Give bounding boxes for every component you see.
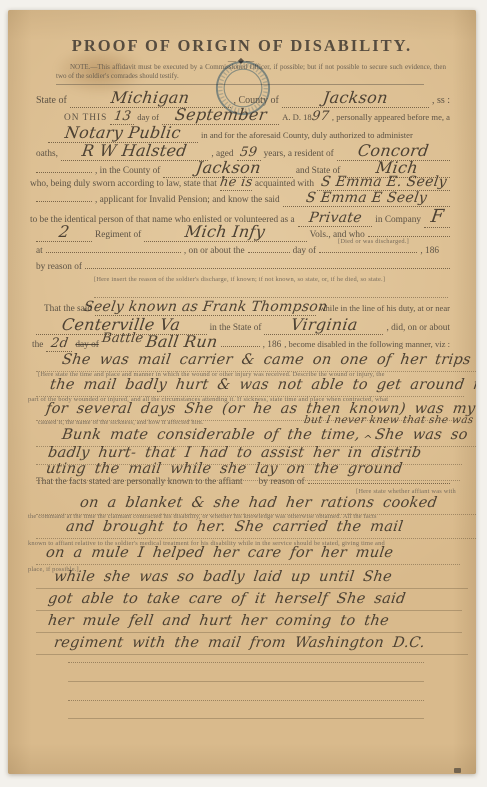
form-line-facts: That the facts stated are personally kno…: [36, 477, 450, 487]
handwriting-line: and brought to her. She carried the mail: [36, 519, 476, 539]
day-of-label: day of: [137, 112, 159, 122]
appeared-label: , personally appeared before me, a: [332, 112, 450, 122]
the-label: the: [32, 340, 43, 350]
in-and-for-label: in and for the aforesaid County, duly au…: [201, 130, 413, 140]
handwriting-line: on a mule I helped her care for her mule: [36, 545, 460, 565]
handwriting-line: while she was so badly laid up until She: [36, 569, 468, 589]
died-note: [Died or was discharged.]: [338, 238, 409, 245]
regiment-of-label: Regiment of: [95, 230, 141, 240]
claimant2-name: S Emma E Seely: [305, 190, 428, 206]
day-of2-label: day of: [293, 246, 317, 256]
handwriting-line: She was mail carrier & came on one of he…: [36, 352, 476, 372]
battle-word: Battle: [101, 331, 145, 346]
sworn-label: who, being duly sworn according to law, …: [30, 179, 217, 189]
by-reason-label: by reason of: [36, 262, 82, 272]
vols-blank: [368, 236, 450, 237]
alias-value: Seely known as Frank Thompson: [83, 299, 329, 315]
reg-no-value: 2: [57, 222, 70, 241]
photo-background: PROOF OF ORIGIN OF DISABILITY. —◆— NOTE.…: [0, 0, 487, 787]
month-value: September: [173, 105, 267, 124]
blank-line: [68, 681, 424, 682]
claimant-name: S Emma E. Seely: [319, 174, 447, 190]
applicant-label: , applicant for Invalid Pension; and kno…: [95, 195, 280, 205]
form-line-officer: Notary Public in and for the aforesaid C…: [48, 123, 450, 143]
facts-label: That the facts stated are personally kno…: [36, 477, 243, 487]
form-line-by-reason: by reason of: [36, 262, 450, 272]
hw-text-12: her mule fell and hurt her coming to the: [47, 613, 390, 629]
handwriting-line: on a blanket & she had her rations cooke…: [36, 495, 476, 515]
claimant2-blank: S Emma E Seely: [283, 190, 450, 207]
document-paper: PROOF OF ORIGIN OF DISABILITY. —◆— NOTE.…: [8, 10, 476, 774]
hw-text-7: on a blanket & she had her rations cooke…: [79, 495, 438, 511]
blank-line: [68, 718, 424, 719]
hw-text-8: and brought to her. She carried the mail: [65, 519, 404, 535]
hw-text-10: while she was so badly laid up until She: [53, 569, 393, 585]
alias-blank: Seely known as Frank Thompson: [95, 299, 316, 316]
officer-blank: Notary Public: [48, 123, 198, 143]
hw-text-2: the mail badly hurt & was not able to ge…: [49, 377, 476, 393]
reason-blank: [85, 268, 450, 269]
become-label: , become disabled in the following manne…: [284, 339, 450, 349]
d2-blank: 2d: [46, 336, 72, 352]
form-line-applicant: , applicant for Invalid Pension; and kno…: [36, 190, 450, 207]
duty-label: while in the line of his duty, at or nea…: [319, 303, 450, 313]
hw-text-13: regiment with the mail from Washington D…: [53, 635, 426, 651]
lead-blank2: [36, 201, 92, 202]
hw-insertion: but I never knew that she was a woman: [303, 414, 476, 426]
form-line-sworn: who, being duly sworn according to law, …: [30, 174, 450, 191]
blank-line: [68, 700, 424, 701]
acquainted-label: acquainted with: [255, 179, 314, 189]
handwriting-line: got able to take care of it herself She …: [36, 591, 462, 611]
hw-text-9: on a mule I helped her care for her mule: [45, 545, 394, 561]
by-reason2-label: by reason of: [259, 477, 305, 487]
regiment-blank: Mich Infy: [144, 222, 306, 242]
handwriting-line: her mule fell and hurt her coming to the: [36, 613, 462, 633]
form-line-that-said: That the said Seely known as Frank Thomp…: [44, 299, 450, 316]
ad-label: A. D. 18: [282, 112, 312, 122]
form-line-date: ON THIS 13 day of September A. D. 18 97 …: [64, 105, 450, 125]
y186-label: , 186: [420, 246, 439, 256]
hw-text-5: badly hurt- that I had to assist her in …: [47, 445, 423, 461]
hw-text-6: uting the mail while she lay on the grou…: [45, 461, 404, 477]
struck-day-of-label: day of: [75, 340, 99, 350]
handwriting-line: the mail badly hurt & was not able to ge…: [36, 377, 464, 397]
instruction-4: [Here state whether affiant was with: [356, 488, 456, 495]
handwriting-line: Bunk mate considerable of the time, ^ Sh…: [36, 427, 476, 447]
form-line-at: at , on or about the day of , 186: [36, 246, 450, 256]
blank-line: [68, 662, 424, 663]
officer-value: Notary Public: [64, 123, 182, 142]
document-title: PROOF OF ORIGIN OF DISABILITY.: [8, 36, 476, 56]
on-this-label: ON THIS: [64, 113, 107, 123]
claimant-blank: S Emma E. Seely: [317, 174, 450, 191]
state-of-label: State of: [36, 95, 67, 106]
battle-blank: [221, 346, 260, 347]
month2-blank: [319, 252, 417, 253]
separator-line: [94, 297, 448, 298]
d2-value: 2d: [50, 336, 69, 351]
form-line-battle: the 2d day of Battle Ball Run , 186 , be…: [32, 332, 450, 352]
reg-no-blank: 2: [36, 222, 92, 242]
on-about-label: , on or about the: [184, 246, 245, 256]
year-value: 97: [311, 109, 330, 124]
he-is-blank: he is: [220, 175, 252, 191]
regiment-value: Mich Infy: [184, 222, 267, 241]
reason-note: [Here insert the reason of the soldier's…: [94, 276, 385, 283]
facts-blank: [308, 483, 450, 484]
lead-blank: [36, 172, 92, 173]
at-blank: [46, 252, 181, 253]
handwriting-line: regiment with the mail from Washington D…: [36, 635, 468, 655]
y186b-label: , 186: [263, 340, 282, 350]
month-blank: September: [162, 105, 279, 125]
hw-text-4a: Bunk mate considerable of the time,: [61, 427, 361, 443]
hw-text-1: She was mail carrier & came on one of he…: [61, 352, 476, 368]
hw-text-4b: She was so: [374, 427, 469, 443]
instruction-3: caused it, the name of the sickness, and…: [38, 419, 204, 426]
he-is-value: he is: [219, 175, 254, 190]
ballrun-value: Ball Run: [145, 332, 219, 351]
at-label: at: [36, 246, 43, 256]
ink-speck: [454, 768, 461, 773]
day-value: 13: [113, 109, 132, 124]
day2-blank: [248, 252, 290, 253]
hw-text-11: got able to take care of it herself She …: [47, 591, 407, 607]
